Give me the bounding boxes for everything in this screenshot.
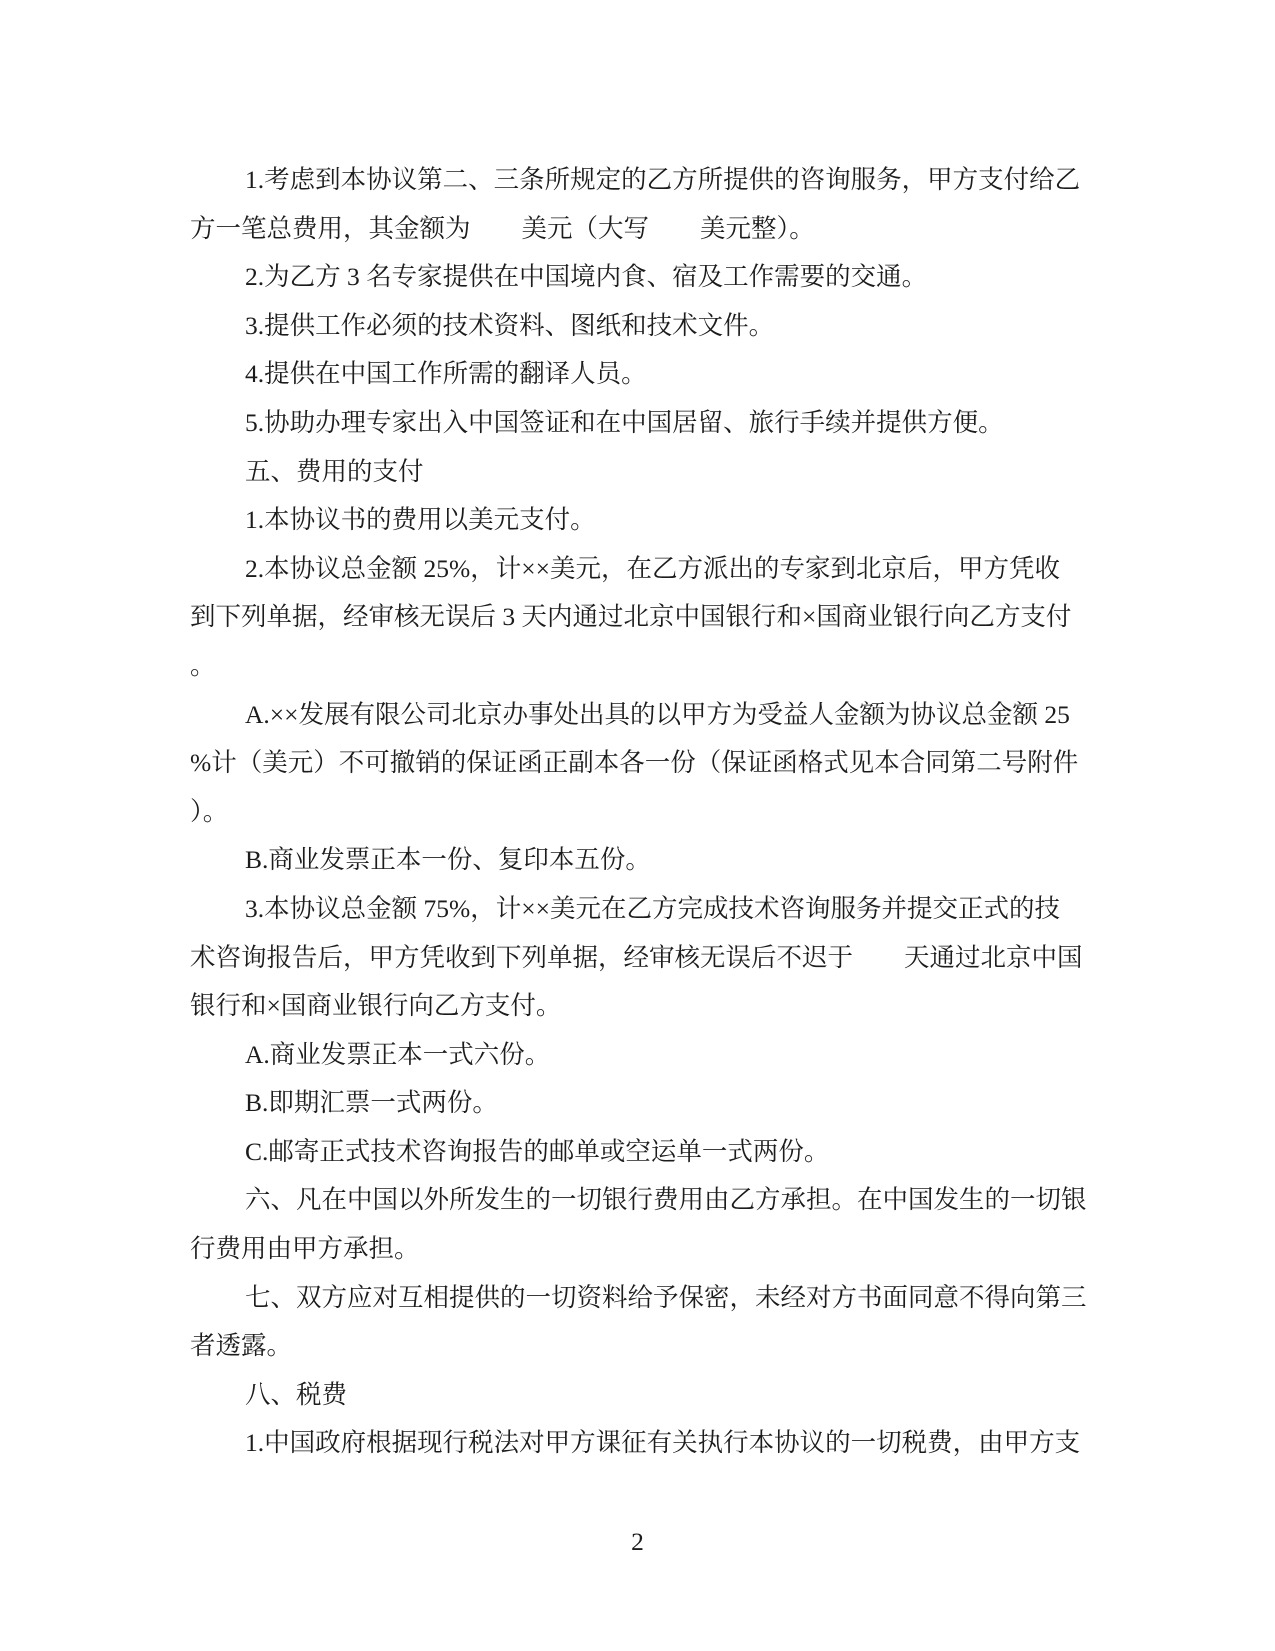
text-line: 六、凡在中国以外所发生的一切银行费用由乙方承担。在中国发生的一切银 [190,1176,1090,1225]
text-line: B.商业发票正本一份、复印本五份。 [190,836,1090,885]
text-line: 3.本协议总金额 75%，计××美元在乙方完成技术咨询服务并提交正式的技 [190,885,1090,934]
text-line: 3.提供工作必须的技术资料、图纸和技术文件。 [190,302,1090,351]
text-line: 银行和×国商业银行向乙方支付。 [190,982,1090,1031]
text-line: 1.本协议书的费用以美元支付。 [190,496,1090,545]
text-line: 2.本协议总金额 25%，计××美元，在乙方派出的专家到北京后，甲方凭收 [190,545,1090,594]
text-line: 5.协助办理专家出入中国签证和在中国居留、旅行手续并提供方便。 [190,399,1090,448]
text-line: 1.考虑到本协议第二、三条所规定的乙方所提供的咨询服务，甲方支付给乙 [190,156,1090,205]
text-line: 到下列单据，经审核无误后 3 天内通过北京中国银行和×国商业银行向乙方支付 [190,593,1090,642]
text-line: 。 [190,642,1090,691]
text-line: 2.为乙方 3 名专家提供在中国境内食、宿及工作需要的交通。 [190,253,1090,302]
text-line: 五、费用的支付 [190,448,1090,497]
text-line: 七、双方应对互相提供的一切资料给予保密，未经对方书面同意不得向第三 [190,1274,1090,1323]
text-line: %计（美元）不可撤销的保证函正副本各一份（保证函格式见本合同第二号附件 [190,739,1090,788]
page-number: 2 [0,1518,1275,1567]
text-line: 行费用由甲方承担。 [190,1225,1090,1274]
text-line: 4.提供在中国工作所需的翻译人员。 [190,350,1090,399]
document-body: 1.考虑到本协议第二、三条所规定的乙方所提供的咨询服务，甲方支付给乙方一笔总费用… [190,156,1090,1468]
text-line: ）。 [190,788,1090,837]
text-line: A.商业发票正本一式六份。 [190,1031,1090,1080]
text-line: B.即期汇票一式两份。 [190,1079,1090,1128]
document-page: 1.考虑到本协议第二、三条所规定的乙方所提供的咨询服务，甲方支付给乙方一笔总费用… [0,0,1275,1651]
text-line: 1.中国政府根据现行税法对甲方课征有关执行本协议的一切税费，由甲方支 [190,1419,1090,1468]
text-line: A.××发展有限公司北京办事处出具的以甲方为受益人金额为协议总金额 25 [190,691,1090,740]
text-line: 者透露。 [190,1322,1090,1371]
text-line: 八、税费 [190,1371,1090,1420]
text-line: 术咨询报告后，甲方凭收到下列单据，经审核无误后不迟于 天通过北京中国 [190,934,1090,983]
text-line: 方一笔总费用，其金额为 美元（大写 美元整）。 [190,205,1090,254]
text-line: C.邮寄正式技术咨询报告的邮单或空运单一式两份。 [190,1128,1090,1177]
